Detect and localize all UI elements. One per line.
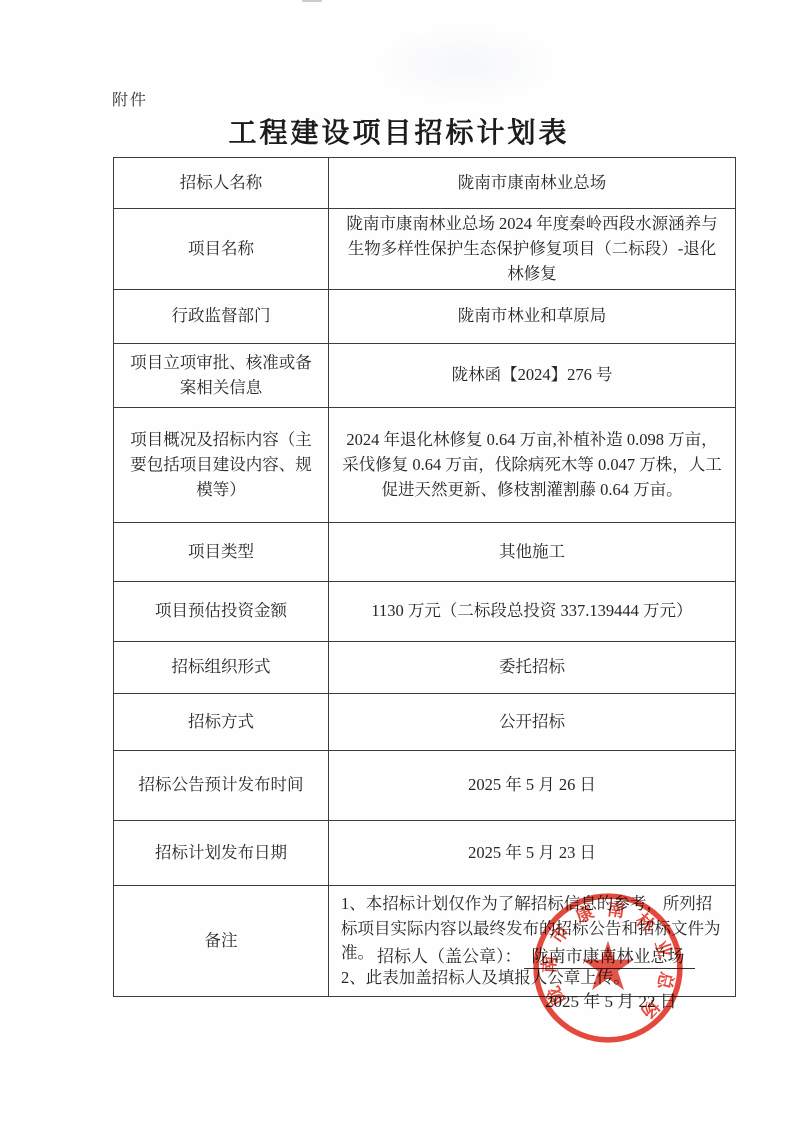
sign-date: 2025 年 5 月 22 日 <box>545 987 677 1012</box>
table-row: 项目概况及招标内容（主要包括项目建设内容、规模等） 2024 年退化林修复 0.… <box>114 408 736 523</box>
row-value: 2024 年退化林修复 0.64 万亩,补植补造 0.098 万亩，采伐修复 0… <box>329 408 736 523</box>
table-row: 招标组织形式 委托招标 <box>114 642 736 694</box>
row-label: 项目立项审批、核准或备案相关信息 <box>114 344 329 408</box>
table-row: 招标公告预计发布时间 2025 年 5 月 26 日 <box>114 751 736 821</box>
row-label: 项目名称 <box>114 209 329 290</box>
row-value: 公开招标 <box>329 694 736 751</box>
row-value: 2025 年 5 月 26 日 <box>329 751 736 821</box>
row-value: 委托招标 <box>329 642 736 694</box>
row-value: 陇南市林业和草原局 <box>329 290 736 344</box>
row-label: 招标方式 <box>114 694 329 751</box>
row-value: 1130 万元（二标段总投资 337.139444 万元） <box>329 582 736 642</box>
scan-smudge <box>370 25 560 105</box>
table-row: 招标计划发布日期 2025 年 5 月 23 日 <box>114 821 736 886</box>
attachment-label: 附件 <box>112 87 148 110</box>
row-label: 项目预估投资金额 <box>114 582 329 642</box>
table-row: 行政监督部门 陇南市林业和草原局 <box>114 290 736 344</box>
table-row: 项目类型 其他施工 <box>114 523 736 582</box>
table-row: 招标方式 公开招标 <box>114 694 736 751</box>
bidding-plan-table: 招标人名称 陇南市康南林业总场 项目名称 陇南市康南林业总场 2024 年度秦岭… <box>113 157 736 997</box>
row-label: 招标计划发布日期 <box>114 821 329 886</box>
row-label: 行政监督部门 <box>114 290 329 344</box>
row-value: 2025 年 5 月 23 日 <box>329 821 736 886</box>
row-label: 招标人名称 <box>114 158 329 209</box>
row-label: 备注 <box>114 886 329 997</box>
document-title: 工程建设项目招标计划表 <box>113 111 685 151</box>
table-row: 项目预估投资金额 1130 万元（二标段总投资 337.139444 万元） <box>114 582 736 642</box>
signer-line: 招标人（盖公章）：陇南市康南林业总场 <box>377 942 695 969</box>
table-row: 项目名称 陇南市康南林业总场 2024 年度秦岭西段水源涵养与生物多样性保护生态… <box>114 209 736 290</box>
row-value: 陇林函【2024】276 号 <box>329 344 736 408</box>
row-label: 项目类型 <box>114 523 329 582</box>
row-label: 招标组织形式 <box>114 642 329 694</box>
row-value: 陇南市康南林业总场 2024 年度秦岭西段水源涵养与生物多样性保护生态保护修复项… <box>329 209 736 290</box>
scanned-document-page: 附件 工程建设项目招标计划表 招标人名称 陇南市康南林业总场 项目名称 陇南市康… <box>0 0 793 1122</box>
table-row: 项目立项审批、核准或备案相关信息 陇林函【2024】276 号 <box>114 344 736 408</box>
row-value: 其他施工 <box>329 523 736 582</box>
table-row: 招标人名称 陇南市康南林业总场 <box>114 158 736 209</box>
row-label: 招标公告预计发布时间 <box>114 751 329 821</box>
signer-label: 招标人（盖公章）： <box>377 947 522 966</box>
row-value: 陇南市康南林业总场 <box>329 158 736 209</box>
signer-name: 陇南市康南林业总场 <box>524 942 695 969</box>
row-label: 项目概况及招标内容（主要包括项目建设内容、规模等） <box>114 408 329 523</box>
scan-artifact <box>302 0 322 2</box>
